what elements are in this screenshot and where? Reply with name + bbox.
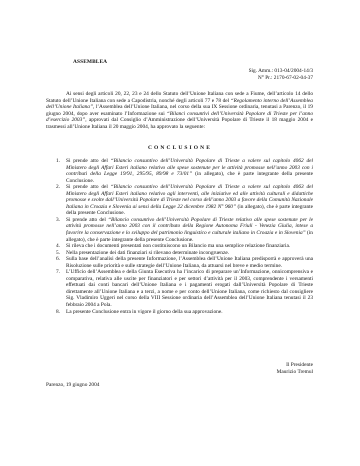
item-number: 1. [56, 158, 60, 165]
item-number: 6. [56, 256, 60, 263]
item-text: Sulla base dell’analisi della presente I… [66, 256, 313, 269]
section-title: CONCLUSIONE [0, 145, 360, 151]
item-number: 7. [56, 269, 60, 276]
signatory-title: Il Presidente [277, 362, 313, 369]
conclusion-item: 1.Si prende atto del “Bilancio consuntiv… [56, 158, 313, 184]
intro-paragraph: Ai sensi degli articoli 20, 22, 23 e 24 … [46, 91, 313, 130]
signature-block: Il Presidente Maurizio Tremul [277, 362, 313, 375]
conclusion-item: 3.Si prende atto del “Bilancio consuntiv… [56, 217, 313, 243]
sig-amm-reference: Sig. Amm.: 013-04/2004-14/3 [249, 68, 313, 75]
item-text: Si prende atto del [66, 184, 111, 190]
conclusion-item: 6.Sulla base dell’analisi della presente… [56, 256, 313, 269]
conclusion-item: 8.La presente Conclusione entra in vigor… [56, 309, 313, 316]
reference-numbers: Sig. Amm.: 013-04/2004-14/3 N° Pr.: 2170… [249, 68, 313, 81]
item-text: Si rileva che i documenti presentati non… [66, 243, 290, 249]
item-text: Si prende atto del [66, 158, 111, 164]
place-and-date: Parenzo, 19 giugno 2004 [46, 382, 99, 388]
item-number: 8. [56, 309, 60, 316]
intro-text-3: , approvati dal Consiglio d’Amministrazi… [46, 117, 313, 130]
item-text: La presente Conclusione entra in vigore … [66, 309, 223, 315]
conclusion-item: 7.L’Ufficio dell’Assemblea e della Giunt… [56, 269, 313, 308]
item-number: 3. [56, 217, 60, 224]
item-text: Si prende atto del [66, 217, 108, 223]
item-text: Nella presentazione dei dati finanziari … [66, 250, 229, 256]
protocol-number: N° Pr.: 2170-67-02-04-37 [249, 75, 313, 82]
item-text: L’Ufficio dell’Assemblea e della Giunta … [66, 269, 313, 308]
conclusions-list: 1.Si prende atto del “Bilancio consuntiv… [56, 158, 313, 315]
signatory-name: Maurizio Tremul [277, 369, 313, 376]
document-heading: ASSEMBLEA [73, 59, 107, 65]
item-number: 2. [56, 184, 60, 191]
conclusion-item: 2.Si prende atto del “Bilancio consuntiv… [56, 184, 313, 217]
